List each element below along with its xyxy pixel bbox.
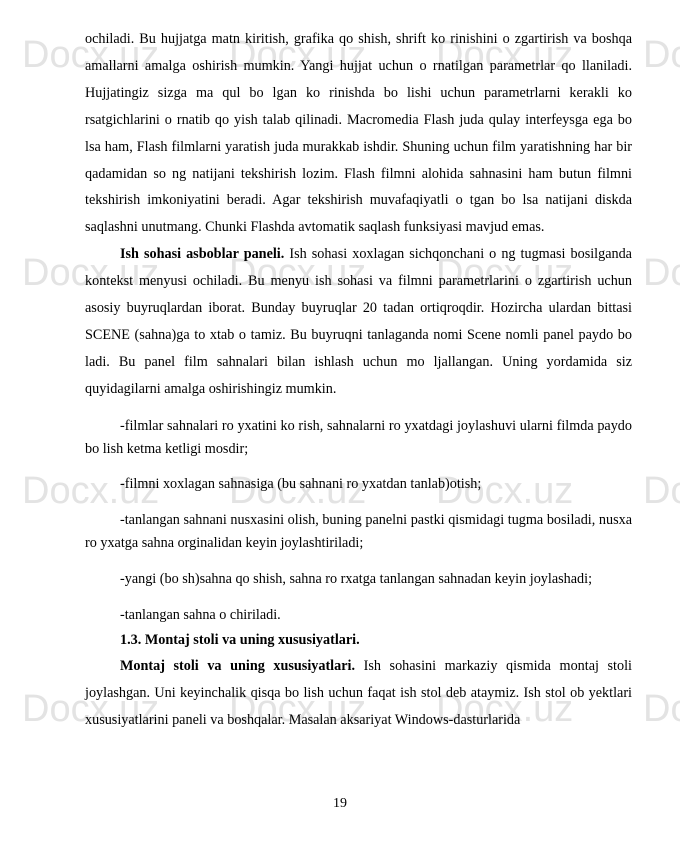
watermark-text: Docx.uz <box>643 688 680 731</box>
list-item: -tanlangan sahna o chiriladi. <box>85 604 632 627</box>
paragraph-lead-bold: Ish sohasi asboblar paneli. <box>120 246 284 262</box>
document-page: ochiladi. Bu hujjatga matn kiritish, gra… <box>85 26 632 733</box>
watermark-text: Docx.uz <box>643 252 680 295</box>
watermark-text: Docx.uz <box>643 470 680 513</box>
paragraph-toolbar-panel: Ish sohasi asboblar paneli. Ish sohasi x… <box>85 241 632 402</box>
paragraph-montaj-stoli: Montaj stoli va uning xususiyatlari. Ish… <box>85 653 632 734</box>
paragraph-intro: ochiladi. Bu hujjatga matn kiritish, gra… <box>85 26 632 241</box>
paragraph-lead-bold: Montaj stoli va uning xususiyatlari. <box>120 658 355 674</box>
list-item: -yangi (bo sh)sahna qo shish, sahna ro r… <box>85 568 632 591</box>
section-heading: 1.3. Montaj stoli va uning xususiyatlari… <box>85 627 632 653</box>
list-item: -tanlangan sahnani nusxasini olish, buni… <box>85 509 632 555</box>
watermark-text: Docx.uz <box>643 34 680 77</box>
paragraph-body: Ish sohasi xoxlagan sichqonchani o ng tu… <box>85 246 632 397</box>
page-number: 19 <box>0 796 680 812</box>
list-item: -filmni xoxlagan sahnasiga (bu sahnani r… <box>85 473 632 496</box>
list-item: -filmlar sahnalari ro yxatini ko rish, s… <box>85 415 632 461</box>
